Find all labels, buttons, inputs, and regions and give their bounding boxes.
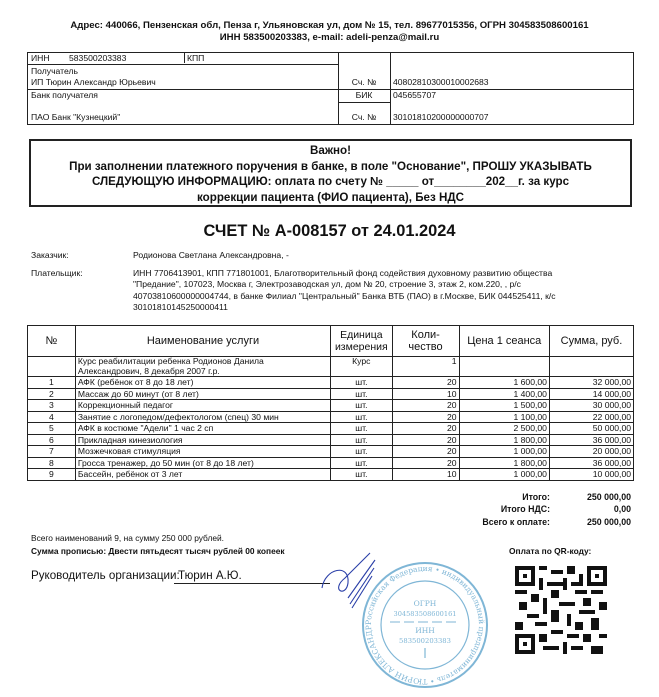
sum: 32 000,00 xyxy=(549,377,633,389)
important-notice: Важно! При заполнении платежного поручен… xyxy=(29,139,632,207)
quantity: 20 xyxy=(392,411,459,423)
quantity: 20 xyxy=(392,423,459,435)
row-number: 8 xyxy=(28,457,76,469)
row-number: 4 xyxy=(28,411,76,423)
payer-details: ИНН 7706413901, КПП 771801001, Благотвор… xyxy=(133,268,633,313)
qr-label: Оплата по QR-коду: xyxy=(509,546,591,556)
notice-line-2: СЛЕДУЮЩУЮ ИНФОРМАЦИЮ: оплата по счету № … xyxy=(31,174,630,190)
table-row-course: Курс реабилитации ребенка Родионов Данил… xyxy=(28,357,634,377)
vat-value: 0,00 xyxy=(556,504,631,514)
table-row: 2Массаж до 60 минут (от 8 лет)шт.101 400… xyxy=(28,388,634,400)
customer-value: Родионова Светлана Александровна, - xyxy=(133,250,289,260)
unit: шт. xyxy=(331,400,392,412)
recipient-label: Получатель xyxy=(31,66,78,76)
service-name: Прикладная кинезиология xyxy=(75,434,330,446)
row-number: 6 xyxy=(28,434,76,446)
unit: шт. xyxy=(331,469,392,481)
price: 1 800,00 xyxy=(459,434,549,446)
course-name: Курс реабилитации ребенка Родионов Данил… xyxy=(75,357,330,377)
inn-label: ИНН xyxy=(31,53,50,63)
price: 1 800,00 xyxy=(459,457,549,469)
service-name: Коррекционный педагог xyxy=(75,400,330,412)
bank-label: Банк получателя xyxy=(31,90,98,100)
payer-line-1: ИНН 7706413901, КПП 771801001, Благотвор… xyxy=(133,268,633,279)
table-row: 1АФК (ребёнок от 8 до 18 лет)шт.201 600,… xyxy=(28,377,634,389)
items-count-summary: Всего наименований 9, на сумму 250 000 р… xyxy=(31,533,224,543)
inn-value: 583500203383 xyxy=(69,53,126,63)
col-unit: Единица измерения xyxy=(331,326,392,357)
sum: 10 000,00 xyxy=(549,469,633,481)
payer-line-3: 40703810600000004744, в банке Филиал "Це… xyxy=(133,291,633,302)
price: 1 600,00 xyxy=(459,377,549,389)
service-name: АФК (ребёнок от 8 до 18 лет) xyxy=(75,377,330,389)
table-row: 5АФК в костюме "Адели" 1 час 2 спшт.202 … xyxy=(28,423,634,435)
price: 1 000,00 xyxy=(459,469,549,481)
unit: шт. xyxy=(331,411,392,423)
bank-value: ПАО Банк "Кузнецкий" xyxy=(31,112,120,122)
sum: 50 000,00 xyxy=(549,423,633,435)
due-value: 250 000,00 xyxy=(556,517,631,527)
quantity: 10 xyxy=(392,388,459,400)
quantity: 20 xyxy=(392,457,459,469)
sum: 20 000,00 xyxy=(549,446,633,458)
payer-line-2: "Предание", 107023, Москва г, Электрозав… xyxy=(133,279,633,290)
notice-title: Важно! xyxy=(31,143,630,159)
services-table: № Наименование услуги Единица измерения … xyxy=(27,325,634,481)
stamp-ogrn-label: ОГРН xyxy=(414,599,437,608)
col-service-name: Наименование услуги xyxy=(75,326,330,357)
director-label: Руководитель организации: xyxy=(31,569,180,582)
stamp-inn-label: ИНН xyxy=(415,626,435,635)
bik-value: 045655707 xyxy=(393,90,436,100)
price: 1 400,00 xyxy=(459,388,549,400)
quantity: 20 xyxy=(392,446,459,458)
row-number: 2 xyxy=(28,388,76,400)
notice-line-1: При заполнении платежного поручения в ба… xyxy=(31,159,630,175)
price: 1 500,00 xyxy=(459,400,549,412)
sum: 30 000,00 xyxy=(549,400,633,412)
price: 1 000,00 xyxy=(459,446,549,458)
total-value: 250 000,00 xyxy=(556,492,631,502)
row-number: 5 xyxy=(28,423,76,435)
table-row: 7Мозжечковая стимуляцияшт.201 000,0020 0… xyxy=(28,446,634,458)
payer-label: Плательщик: xyxy=(31,268,83,278)
invoice-title: СЧЕТ № А-008157 от 24.01.2024 xyxy=(0,222,659,241)
col-quantity: Коли- чество xyxy=(392,326,459,357)
bank-details-table: ИНН 583500203383 КПП Получатель ИП Тюрин… xyxy=(27,52,634,125)
row-number: 3 xyxy=(28,400,76,412)
customer-label: Заказчик: xyxy=(31,250,69,260)
corr-account-label: Сч. № xyxy=(338,112,390,122)
price: 2 500,00 xyxy=(459,423,549,435)
table-header-row: № Наименование услуги Единица измерения … xyxy=(28,326,634,357)
table-row: 4Занятие с логопедом/дефектологом (спец)… xyxy=(28,411,634,423)
service-name: Бассейн, ребёнок от 3 лет xyxy=(75,469,330,481)
total-label: Итого: xyxy=(440,492,550,502)
company-address: Адрес: 440066, Пензенская обл, Пенза г, … xyxy=(0,20,659,32)
recipient-value: ИП Тюрин Александр Юрьевич xyxy=(31,77,156,87)
service-name: Массаж до 60 минут (от 8 лет) xyxy=(75,388,330,400)
service-name: Гросса тренажер, до 50 мин (от 8 до 18 л… xyxy=(75,457,330,469)
corr-account-value: 30101810200000000707 xyxy=(393,112,489,122)
unit: шт. xyxy=(331,434,392,446)
kpp-label: КПП xyxy=(187,53,204,63)
quantity: 20 xyxy=(392,434,459,446)
service-name: Занятие с логопедом/дефектологом (спец) … xyxy=(75,411,330,423)
col-price: Цена 1 сеанса xyxy=(459,326,549,357)
sum: 36 000,00 xyxy=(549,434,633,446)
row-number: 9 xyxy=(28,469,76,481)
row-number: 7 xyxy=(28,446,76,458)
notice-line-3: коррекции пациента (ФИО пациента), Без Н… xyxy=(31,190,630,206)
price: 1 100,00 xyxy=(459,411,549,423)
sum: 22 000,00 xyxy=(549,411,633,423)
unit: шт. xyxy=(331,388,392,400)
service-name: Мозжечковая стимуляция xyxy=(75,446,330,458)
sum: 36 000,00 xyxy=(549,457,633,469)
company-inn-email: ИНН 583500203383, e-mail: adeli-penza@ma… xyxy=(0,32,659,44)
table-row: 6Прикладная кинезиологияшт.201 800,0036 … xyxy=(28,434,634,446)
table-row: 9Бассейн, ребёнок от 3 летшт.101 000,001… xyxy=(28,469,634,481)
quantity: 20 xyxy=(392,400,459,412)
table-row: 3Коррекционный педагогшт.201 500,0030 00… xyxy=(28,400,634,412)
quantity: 20 xyxy=(392,377,459,389)
quantity: 10 xyxy=(392,469,459,481)
table-row: 8Гросса тренажер, до 50 мин (от 8 до 18 … xyxy=(28,457,634,469)
bik-label: БИК xyxy=(338,90,390,100)
col-number: № xyxy=(28,326,76,357)
unit: шт. xyxy=(331,446,392,458)
account-value: 40802810300010002683 xyxy=(393,77,489,87)
row-number: 1 xyxy=(28,377,76,389)
due-label: Всего к оплате: xyxy=(440,517,550,527)
unit: шт. xyxy=(331,377,392,389)
account-label: Сч. № xyxy=(338,77,390,87)
course-unit: Курс xyxy=(331,357,392,377)
col-sum: Сумма, руб. xyxy=(549,326,633,357)
signature xyxy=(320,548,380,618)
stamp-ogrn-value: 304583508600161 xyxy=(394,610,457,618)
stamp-inn-value: 583500203383 xyxy=(399,637,451,645)
service-name: АФК в костюме "Адели" 1 час 2 сп xyxy=(75,423,330,435)
unit: шт. xyxy=(331,457,392,469)
director-name: Тюрин А.Ю. xyxy=(178,569,242,582)
payment-qr-code[interactable] xyxy=(515,566,607,654)
sum: 14 000,00 xyxy=(549,388,633,400)
signature-line xyxy=(174,583,330,584)
course-qty: 1 xyxy=(392,357,459,377)
unit: шт. xyxy=(331,423,392,435)
payer-line-4: 30101810145250000411 xyxy=(133,302,633,313)
vat-label: Итого НДС: xyxy=(440,504,550,514)
amount-in-words: Сумма прописью: Двести пятьдесят тысяч р… xyxy=(31,546,285,556)
